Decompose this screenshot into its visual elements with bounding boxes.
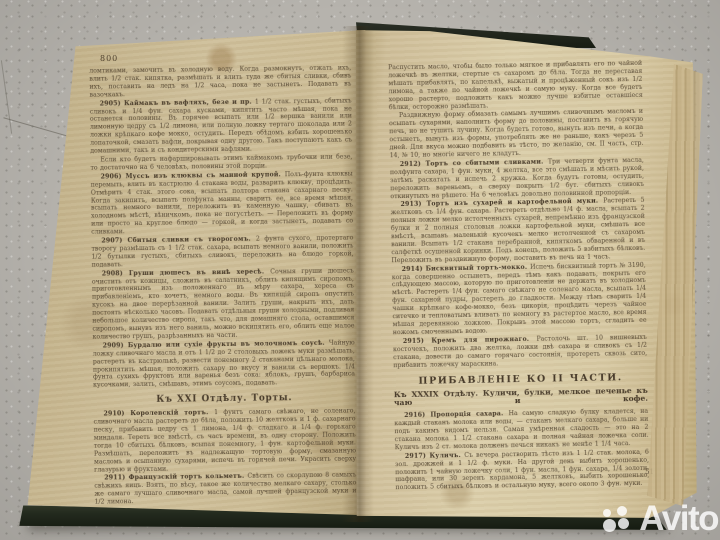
paragraph: 2911) Французскій тортъ кольметъ. Свѣсит… (94, 472, 356, 507)
book-page-right: 801 Распустить масло, чтобы было только … (354, 22, 698, 528)
avito-logo-dot (617, 506, 627, 516)
page-left-text: ломтиками, замочить въ холодную воду. Ко… (89, 64, 357, 519)
book-page-left: 800 ломтиками, замочить въ холодную воду… (20, 24, 367, 522)
paragraph: ломтиками, замочить въ холодную воду. Ко… (89, 64, 351, 99)
page-right-text: Распустить масло, чтобы было только мягк… (388, 60, 650, 516)
avito-logo-dot (603, 509, 611, 517)
avito-wordmark: Avito (639, 504, 718, 534)
paragraph: 2910) Королевскій тортъ. 1 фунтъ самаго … (93, 408, 356, 474)
paragraph: 2914) Бисквитный тортъ-мокко. Испечь бис… (392, 261, 647, 337)
paragraph: 2916) Пропорція сахара. На самую сладкую… (394, 408, 649, 452)
paragraph: 2915) Кремъ для пирожнаго. Растолочь шт.… (393, 334, 648, 370)
paragraph: 2905) Каймакъ въ вафляхъ, безе и пр. 1 1… (90, 97, 353, 156)
paragraph: 2917) Куличъ. Съ вечера растворить тѣсто… (395, 448, 650, 492)
avito-watermark: Avito (600, 503, 718, 534)
paragraph: 2906) Муссъ изъ клюквы съ манной крупой.… (91, 170, 354, 236)
paragraph: Если кто будетъ нафаршировывать этимъ ка… (90, 153, 352, 172)
section-heading: Къ XXXIX Отдѣлу. Куличи, булки, мелкое п… (394, 387, 648, 407)
page-number-right: 801 (618, 37, 636, 46)
paragraph: 2909) Бурдалю или сухіе фрукты въ молочн… (93, 339, 356, 390)
book-gutter-shadow (342, 26, 374, 522)
paragraph: Распустить масло, чтобы было только мягк… (388, 60, 643, 112)
paragraph: 2912) Тортъ со сбитыми сливками. Три чет… (390, 157, 645, 201)
paragraph: 2907) Сбитыя сливки съ творогомъ. 2 фунт… (91, 234, 353, 269)
section-heading: Къ XXI Отдѣлу. Торты. (93, 395, 355, 406)
paragraph: 2913) Тортъ изъ сухарей и картофельной м… (390, 197, 645, 265)
paragraph: 2908) Груши дюшесъ въ винѣ хересѣ. Сочны… (92, 267, 355, 341)
page-number-left: 800 (100, 54, 118, 63)
avito-logo-icon (600, 503, 634, 533)
avito-logo-dot (603, 519, 616, 532)
paragraph: Раздвижную форму обмазать самымъ лучшимъ… (389, 108, 644, 160)
avito-logo-dot (618, 518, 629, 529)
surface-crack-line (1, 60, 12, 133)
section-heading: ПРИБАВЛЕНІЕ КО II ЧАСТИ. (394, 374, 648, 386)
photo-scene: 800 ломтиками, замочить въ холодную воду… (0, 0, 720, 540)
